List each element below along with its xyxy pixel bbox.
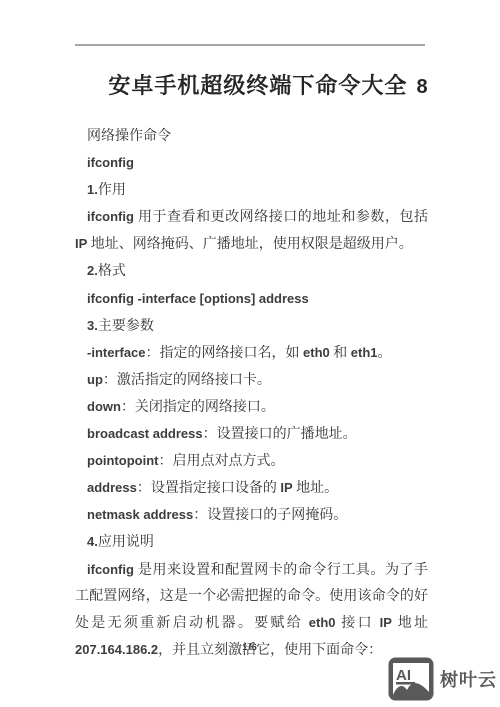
page-title-number: 8 (416, 76, 427, 98)
text-run: 接口 (336, 616, 380, 631)
text-run: ：设置接口的广播地址。 (203, 427, 357, 442)
document-body: 网络操作命令ifconfig1.作用ifconfig 用于查看和更改网络接口的地… (75, 124, 428, 664)
text-run: 地址 (392, 616, 428, 631)
document-page: 安卓手机超级终端下命令大全8 网络操作命令ifconfig1.作用ifconfi… (0, 0, 500, 707)
paragraph: 1.作用 (75, 177, 428, 204)
text-run: ：关闭指定的网络接口。 (121, 400, 275, 415)
paragraph: ifconfig -interface [options] address (75, 286, 428, 313)
paragraph: 2.格式 (75, 258, 428, 285)
text-run: ifconfig (87, 562, 134, 577)
text-run: eth0 (303, 345, 330, 360)
text-run: ：指定的网络接口名，如 (146, 346, 304, 361)
watermark-logo: AI 树叶云 (388, 657, 497, 701)
text-run: ifconfig (87, 155, 134, 170)
text-run: IP (280, 480, 292, 495)
ai-picture-icon: AI (388, 657, 434, 701)
paragraph: pointopoint：启用点对点方式。 (75, 448, 428, 475)
text-run: ：激活指定的网络接口卡。 (103, 373, 271, 388)
page-title-text: 安卓手机超级终端下命令大全 (108, 73, 407, 98)
text-run: down (87, 399, 121, 414)
text-run: IP (75, 236, 87, 251)
paragraph: netmask address：设置接口的子网掩码。 (75, 502, 428, 529)
paragraph: address：设置指定接口设备的 IP 地址。 (75, 475, 428, 502)
page-number: 1/6 (0, 642, 500, 652)
page-title: 安卓手机超级终端下命令大全8 (36, 74, 500, 99)
text-run: 地址、网络掩码、广播地址，使用权限是超级用户。 (87, 237, 413, 252)
paragraph: 3.主要参数 (75, 313, 428, 340)
text-run: address (87, 480, 137, 495)
paragraph: 4.应用说明 (75, 529, 428, 556)
paragraph: 网络操作命令 (75, 124, 428, 150)
text-run: eth1 (351, 345, 378, 360)
text-run: 和 (330, 346, 351, 361)
title-divider (75, 44, 425, 46)
text-run: up (87, 372, 103, 387)
paragraph: ifconfig 用于查看和更改网络接口的地址和参数，包括 IP 地址、网络掩码… (75, 204, 428, 258)
text-run: 。 (378, 346, 392, 361)
text-run: ：启用点对点方式。 (158, 454, 284, 469)
text-run: 作用 (98, 183, 126, 198)
text-run: -interface (87, 345, 146, 360)
paragraph: broadcast address：设置接口的广播地址。 (75, 421, 428, 448)
paragraph: -interface：指定的网络接口名，如 eth0 和 eth1。 (75, 340, 428, 367)
watermark-logo-text: 树叶云 (440, 666, 497, 692)
ai-icon-label: AI (396, 667, 411, 684)
text-run: ifconfig -interface [options] address (87, 291, 309, 306)
text-run: pointopoint (87, 453, 158, 468)
text-run: 格式 (98, 264, 126, 279)
paragraph: down：关闭指定的网络接口。 (75, 394, 428, 421)
text-run: ：设置接口的子网掩码。 (193, 508, 347, 523)
text-run: broadcast address (87, 426, 203, 441)
text-run: 地址。 (293, 481, 339, 496)
text-run: 主要参数 (98, 319, 154, 334)
text-run: 3. (87, 318, 98, 333)
text-run: IP (380, 615, 392, 630)
text-run: eth0 (309, 615, 336, 630)
text-run: ：设置指定接口设备的 (137, 481, 281, 496)
text-run: 1. (87, 182, 98, 197)
text-run: 用于查看和更改网络接口的地址和参数，包括 (134, 210, 428, 225)
text-run: 2. (87, 263, 98, 278)
paragraph: ifconfig (75, 150, 428, 177)
text-run: ifconfig (87, 209, 134, 224)
text-run: 应用说明 (98, 535, 154, 550)
text-run: 4. (87, 534, 98, 549)
text-run: 网络操作命令 (87, 129, 171, 144)
text-run: netmask address (87, 507, 193, 522)
paragraph: up：激活指定的网络接口卡。 (75, 367, 428, 394)
